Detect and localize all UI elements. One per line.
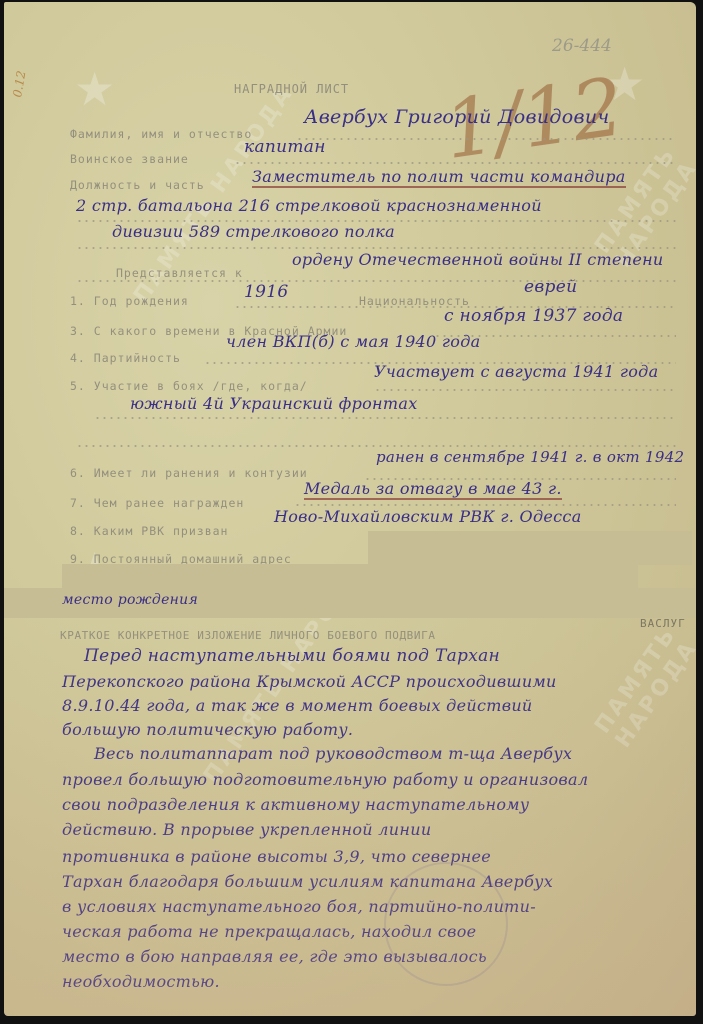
field-value-army-since: с ноября 1937 года — [444, 306, 623, 326]
birthplace-label: место рождения — [62, 592, 198, 608]
section-title-suffix: ВАСЛУГ — [640, 617, 686, 630]
field-value-position: Заместитель по полит части командира — [252, 167, 626, 188]
field-value-nationality: еврей — [524, 277, 577, 297]
field-value-rank: капитан — [244, 137, 326, 157]
dotted-line — [94, 417, 676, 419]
award-sheet-page: ★ ★ ★ ★ ПАМЯТЬ НАРОДА ПАМЯТЬ НАРОДА ПАМЯ… — [4, 2, 696, 1016]
narrative-line: действию. В прорыве укрепленной линии — [62, 820, 431, 839]
field-label-position: Должность и часть — [70, 178, 205, 192]
field-value-battles: Участвует с августа 1941 года — [374, 362, 658, 381]
field-label-battles: 5. Участие в боях /где, когда/ — [70, 379, 308, 393]
document-title: НАГРАДНОЙ ЛИСТ — [234, 82, 349, 96]
dotted-line — [374, 389, 676, 391]
dotted-line — [296, 138, 676, 140]
faint-stamp — [384, 862, 508, 986]
narrative-line: провел большую подготовительную работу и… — [62, 770, 588, 789]
field-label-draft-office: 8. Каким РВК призван — [70, 524, 228, 538]
field-value-award: ордену Отечественной войны II степени — [292, 250, 664, 269]
dotted-line — [294, 504, 676, 506]
dotted-line — [234, 162, 676, 164]
field-value-draft-office: Ново-Михайловским РВК г. Одесса — [274, 507, 582, 526]
field-label-nominated: Представляется к — [116, 266, 243, 280]
field-label-wounds: 6. Имеет ли ранения и контузии — [70, 466, 308, 480]
redacted-block — [62, 564, 638, 588]
narrative-line: противника в районе высоты 3,9, что севе… — [62, 847, 491, 866]
narrative-line: большую политическую работу. — [62, 720, 353, 739]
watermark-text: ПАМЯТЬ НАРОДА — [590, 622, 696, 753]
archive-number: 26-444 — [552, 36, 612, 56]
dotted-line — [76, 280, 676, 282]
narrative-line: Весь политаппарат под руководством т-ща … — [94, 744, 572, 763]
field-value-division: дивизии 589 стрелкового полка — [112, 222, 395, 241]
field-value-wounds: ранен в сентябре 1941 г. в окт 1942 — [376, 448, 684, 466]
narrative-line: необходимостью. — [62, 972, 220, 991]
section-title: КРАТКОЕ КОНКРЕТНОЕ ИЗЛОЖЕНИЕ ЛИЧНОГО БОЕ… — [60, 629, 436, 642]
field-label-previous-awards: 7. Чем ранее награжден — [70, 496, 244, 510]
field-label-birth-year: 1. Год рождения — [70, 294, 189, 308]
field-value-party: член ВКП(б) с мая 1940 года — [226, 332, 481, 351]
redacted-block — [368, 531, 692, 565]
margin-note: 0.12 — [10, 70, 28, 99]
field-value-name: Авербух Григорий Довидович — [304, 106, 610, 128]
field-value-birth-year: 1916 — [244, 282, 288, 302]
field-label-party: 4. Партийность — [70, 351, 181, 365]
field-label-name: Фамилия, имя и отчество — [70, 127, 252, 141]
narrative-line: свои подразделения к активному наступате… — [62, 795, 529, 814]
field-label-rank: Воинское звание — [70, 152, 189, 166]
watermark-star-icon: ★ — [74, 62, 115, 116]
field-value-previous-awards: Медаль за отвагу в мае 43 г. — [304, 479, 562, 500]
narrative-line: 8.9.10.44 года, а так же в момент боевых… — [62, 696, 533, 715]
field-value-unit: 2 стр. батальона 216 стрелковой краснозн… — [76, 196, 542, 215]
dotted-line — [76, 247, 676, 249]
narrative-line: Перекопского района Крымской АССР происх… — [62, 672, 557, 691]
field-value-fronts: южный 4й Украинский фронтах — [130, 394, 418, 413]
narrative-line: Перед наступательными боями под Тархан — [84, 646, 500, 666]
dotted-line — [76, 445, 676, 447]
